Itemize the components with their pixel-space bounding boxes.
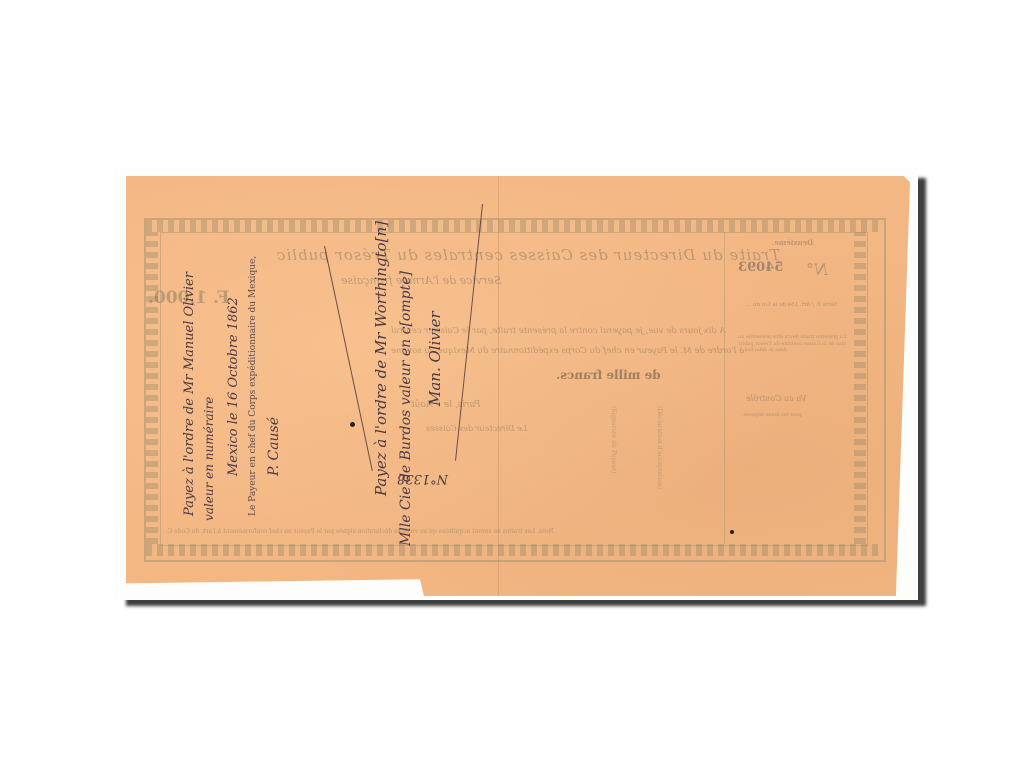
endorsement-2-signature: Man. Olivier xyxy=(426,311,444,406)
printed-notice: Nota. Les traites ne seront acquittées q… xyxy=(166,528,554,535)
document-paper: Traite du Directeur des Caisses centrale… xyxy=(126,176,910,596)
stub-visa-sub: pour les fonds déposés. xyxy=(742,412,802,418)
stub-visa: Vu au Contrôle xyxy=(746,394,807,403)
greek-key-border-right xyxy=(854,232,866,544)
printed-vertical-column-1: (Signature du Payeur) xyxy=(610,406,617,473)
printed-vertical-column-2: (Déclaration d'acceptation) xyxy=(656,406,663,489)
greek-key-border-left xyxy=(146,232,158,544)
endorsement-1-line-2: valeur en numéraire xyxy=(202,397,216,521)
printed-director: Le Directeur des Caisses xyxy=(426,424,527,433)
greek-key-border-top xyxy=(146,220,882,232)
printed-title: Traite du Directeur des Caisses centrale… xyxy=(276,246,780,264)
printed-service: Service de l'Armée française xyxy=(341,274,501,287)
printed-amount-words: de mille francs. xyxy=(556,368,661,382)
stub-label: Deuxième. xyxy=(772,238,813,247)
printed-place-date: Paris, le 7 Août xyxy=(411,400,481,410)
reference-number: N°1338 xyxy=(397,471,448,486)
stub-paragraph: La présente traite devra être présentée … xyxy=(738,334,848,354)
endorsement-1-line-3: Mexico le 16 Octobre 1862 xyxy=(226,297,241,476)
stub-divider xyxy=(724,232,725,544)
endorsement-1-line-1: Payez à l'ordre de Mr Manuel Olivier xyxy=(182,272,197,516)
stub-small-text: Série F. / Art. 154 de la Loi du ... xyxy=(746,302,837,309)
stub-no-prefix: N° xyxy=(806,260,828,279)
greek-key-border-bottom xyxy=(146,544,882,556)
endorsement-2-line-1: Payez à l'ordre de Mr Worthingto[n] xyxy=(372,221,390,496)
endorsement-2-line-2: Mlle Cie de Burdos valeur en c[ompte] xyxy=(398,271,414,546)
endorsement-1-signature: P. Causé xyxy=(266,417,282,476)
ink-spot xyxy=(350,422,355,427)
ink-spot xyxy=(730,530,734,534)
printed-border-inner xyxy=(160,232,868,546)
endorsement-1-printed-title: Le Payeur en chef du Corps expéditionnai… xyxy=(248,256,258,516)
stub-number: 54093 xyxy=(738,260,783,275)
